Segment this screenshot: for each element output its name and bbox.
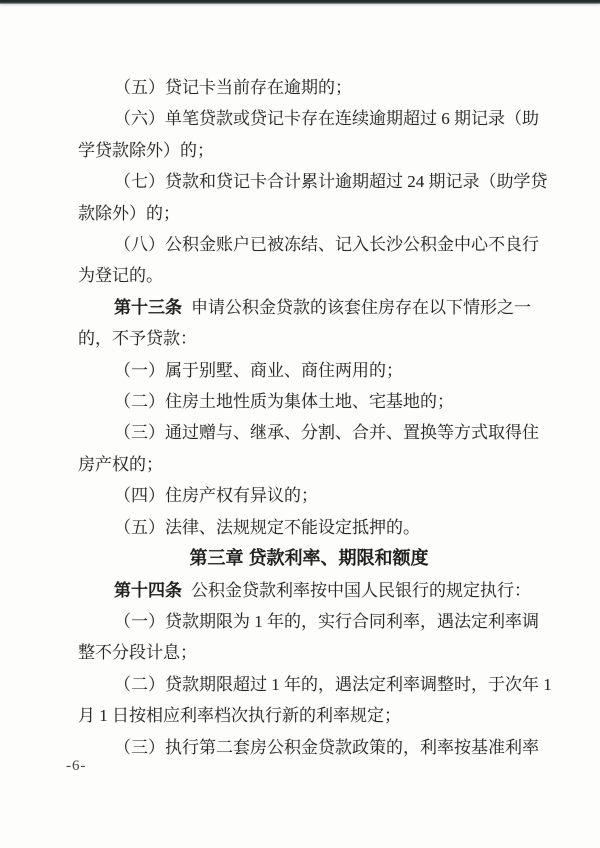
article-text: 申请公积金贷款的该套住房存在以下情形之一 bbox=[191, 298, 531, 317]
clause-line: （八）公积金账户已被冻结、记入长沙公积金中心不良行 bbox=[78, 229, 540, 260]
clause-line: （七）贷款和贷记卡合计累计逾期超过 24 期记录（助学贷 bbox=[78, 166, 540, 197]
clause-line-continuation: 房产权的； bbox=[78, 449, 540, 480]
article-number: 第十三条 bbox=[114, 298, 182, 317]
clause-line: （一）属于别墅、商业、商住两用的； bbox=[78, 355, 540, 386]
clause-line: （二）住房土地性质为集体土地、宅基地的； bbox=[78, 386, 540, 417]
article-number: 第十四条 bbox=[114, 581, 182, 600]
chapter-heading: 第三章 贷款利率、期限和额度 bbox=[78, 543, 540, 574]
clause-line-continuation: 款除外）的； bbox=[78, 198, 540, 229]
article-13-line: 第十三条申请公积金贷款的该套住房存在以下情形之一 bbox=[78, 292, 540, 323]
document-page: （五）贷记卡当前存在逾期的； （六）单笔贷款或贷记卡存在连续逾期超过 6 期记录… bbox=[0, 0, 600, 848]
clause-line-continuation: 学贷款除外）的； bbox=[78, 135, 540, 166]
document-body: （五）贷记卡当前存在逾期的； （六）单笔贷款或贷记卡存在连续逾期超过 6 期记录… bbox=[78, 72, 540, 763]
clause-line: （三）执行第二套房公积金贷款政策的，利率按基准利率 bbox=[78, 732, 540, 763]
clause-line: （三）通过赠与、继承、分割、合并、置换等方式取得住 bbox=[78, 417, 540, 448]
clause-line: （二）贷款期限超过 1 年的，遇法定利率调整时，于次年 1 bbox=[78, 669, 540, 700]
clause-line-continuation: 整不分段计息； bbox=[78, 637, 540, 668]
clause-line: （五）法律、法规规定不能设定抵押的。 bbox=[78, 512, 540, 543]
page-number: -6- bbox=[66, 758, 87, 775]
article-13-continuation: 的，不予贷款： bbox=[78, 323, 540, 354]
clause-line: （一）贷款期限为 1 年的，实行合同利率，遇法定利率调 bbox=[78, 606, 540, 637]
scan-edge-artifact bbox=[0, 0, 600, 4]
clause-line: （五）贷记卡当前存在逾期的； bbox=[78, 72, 540, 103]
article-text: 公积金贷款利率按中国人民银行的规定执行： bbox=[191, 581, 531, 600]
article-14-line: 第十四条公积金贷款利率按中国人民银行的规定执行： bbox=[78, 575, 540, 606]
clause-line-continuation: 月 1 日按相应利率档次执行新的利率规定； bbox=[78, 700, 540, 731]
clause-line-continuation: 为登记的。 bbox=[78, 260, 540, 291]
clause-line: （四）住房产权有异议的； bbox=[78, 480, 540, 511]
clause-line: （六）单笔贷款或贷记卡存在连续逾期超过 6 期记录（助 bbox=[78, 103, 540, 134]
